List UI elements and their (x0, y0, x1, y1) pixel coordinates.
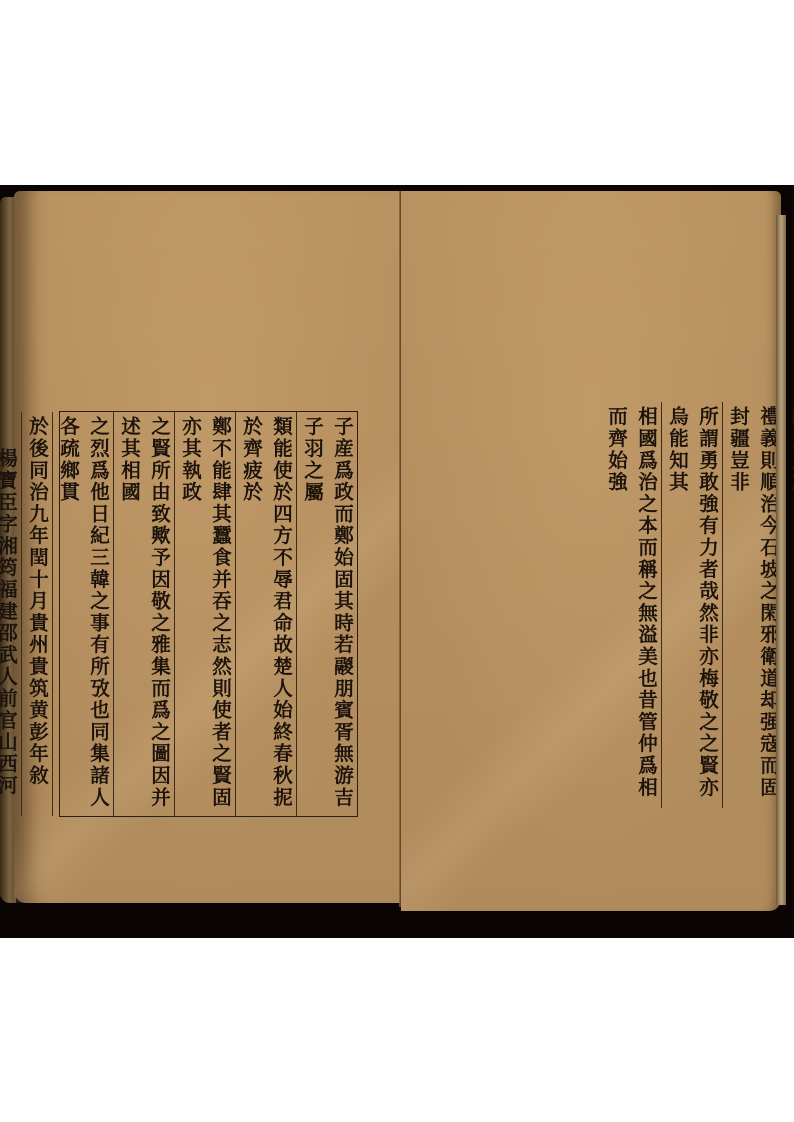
left-page: 子産爲政而鄭始固其時若鬷朋賓胥無游吉子羽之屬 類能使於四方不辱君命故楚人始終春秋… (14, 191, 400, 903)
left-page-text-frame: 子産爲政而鄭始固其時若鬷朋賓胥無游吉子羽之屬 類能使於四方不辱君命故楚人始終春秋… (59, 411, 358, 817)
text-column: 子産爲政而鄭始固其時若鬷朋賓胥無游吉子羽之屬 (296, 412, 357, 816)
attendee-entry: 楊寶臣字湘筠福建邵武人前官山西河東道 (0, 412, 21, 816)
book-edge-right (776, 215, 786, 905)
scan-background: 子産爲政而鄭始固其時若鬷朋賓胥無游吉子羽之屬 類能使於四方不辱君命故楚人始終春秋… (0, 185, 794, 938)
text-column: 所謂勇敢強有力者哉然非亦梅敬之之賢亦烏能知其 (661, 402, 722, 808)
text-column: 之烈爲他日紀三韓之事有所攷也同集諸人各疏鄉貫 (52, 412, 113, 816)
right-page: 陶樓存稾 之先後遂集同人爲文酒之會縱談及東方開國三千餘 年廢興分合源流本末及今朝… (401, 191, 781, 911)
text-column: 相國爲治之本而稱之無溢美也昔管仲爲相而齊始強 (601, 402, 661, 808)
text-column: 鄭不能肆其蠶食并吞之志然則使者之賢固亦其執政 (174, 412, 235, 816)
text-column: 禮義則順治今石坡之閑邪衛道却强寇而固封疆豈非 (722, 402, 783, 808)
text-column: 類能使於四方不辱君命故楚人始終春秋抳於齊疲於 (235, 412, 296, 816)
text-column: 之賢所由致歟予因敬之雅集而爲之圖因并述其相國 (113, 412, 174, 816)
text-column: 於後同治九年閏十月貴州貴筑黄彭年敘 (21, 412, 52, 816)
